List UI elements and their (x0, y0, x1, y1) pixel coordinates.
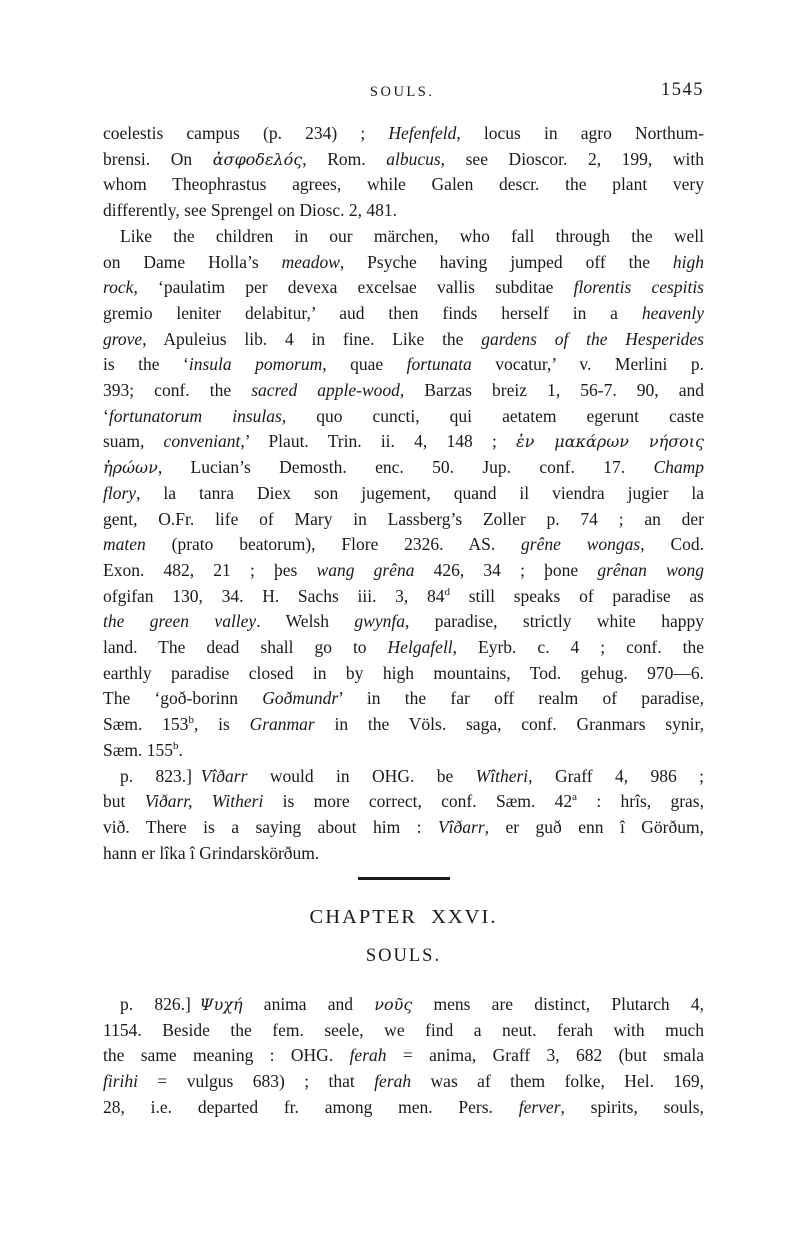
text-line: p. 826.] Ψυχή anima and νοῦς mens are di… (103, 992, 704, 1018)
page-number: 1545 (661, 80, 704, 101)
text-line: 28, i.e. departed fr. among men. Pers. f… (103, 1095, 704, 1121)
text-line: 1154. Beside the fem. seele, we find a n… (103, 1018, 704, 1044)
book-page: SOULS. 1545 coelestis campus (p. 234) ; … (0, 0, 800, 1237)
text-segment: , quo cuncti, qui aetatem egerunt caste (282, 406, 704, 426)
text-segment: , Barzas breiz 1, 56-7. 90, and (400, 380, 704, 400)
text-segment: ofgifan 130, 34. H. Sachs iii. 3, 84 (103, 586, 445, 606)
text-segment: , er guð enn î Görðum, (485, 817, 704, 837)
text-line: the green valley. Welsh gwynfa, paradise… (103, 609, 704, 635)
text-segment: high (673, 252, 704, 272)
text-segment: Granmar (250, 714, 315, 734)
text-segment: (prato beatorum), Flore 2326. AS. (146, 534, 521, 554)
text-segment: hann er lîka î Grindarskörðum. (103, 843, 319, 863)
text-segment: suam, (103, 431, 164, 451)
paragraph: p. 823.] Vîðarr would in OHG. be Wîtheri… (103, 764, 704, 867)
text-segment: , locus in agro Northum- (456, 123, 704, 143)
text-segment: brensi. On (103, 149, 213, 169)
text-segment: The ‘goð-borinn (103, 688, 262, 708)
text-segment: is more correct, conf. Sæm. 42 (263, 791, 572, 811)
text-segment: Exon. 482, 21 ; þes (103, 560, 317, 580)
text-line: 393; conf. the sacred apple-wood, Barzas… (103, 378, 704, 404)
text-segment: = vulgus 683) ; that (138, 1071, 374, 1091)
text-line: the same meaning : OHG. ferah = anima, G… (103, 1043, 704, 1069)
text-segment: flory (103, 483, 136, 503)
text-line: grove, Apuleius lib. 4 in fine. Like the… (103, 327, 704, 353)
text-segment: Helgafell (388, 637, 453, 657)
text-segment: ἐν μακάρων νήσοις (516, 432, 704, 451)
text-segment: Wîtheri (476, 766, 529, 786)
text-line: gremio leniter delabitur,’ aud then find… (103, 301, 704, 327)
text-line: coelestis campus (p. 234) ; Hefenfeld, l… (103, 121, 704, 147)
text-segment: the same meaning : OHG. (103, 1045, 350, 1065)
text-segment: 393; conf. the (103, 380, 251, 400)
text-line: ‘fortunatorum insulas, quo cuncti, qui a… (103, 404, 704, 430)
paragraph: coelestis campus (p. 234) ; Hefenfeld, l… (103, 121, 704, 224)
text-segment: . (179, 740, 183, 760)
text-line: firihi = vulgus 683) ; that ferah was af… (103, 1069, 704, 1095)
text-segment: in the Völs. saga, conf. Granmars synir, (315, 714, 704, 734)
text-segment: , spirits, souls, (561, 1097, 704, 1117)
text-segment: Sæm. 153 (103, 714, 188, 734)
text-line: but Viðarr, Witheri is more correct, con… (103, 789, 704, 815)
text-segment: land. The dead shall go to (103, 637, 388, 657)
text-segment: still speaks of paradise as (450, 586, 704, 606)
text-segment: 1154. Beside the fem. seele, we find a n… (103, 1020, 704, 1040)
text-segment: meadow (282, 252, 340, 272)
text-segment: 426, 34 ; þone (414, 560, 597, 580)
paragraph: Like the children in our märchen, who fa… (103, 224, 704, 764)
text-segment: 28, i.e. departed fr. among men. Pers. (103, 1097, 519, 1117)
text-segment: on Dame Holla’s (103, 252, 282, 272)
text-line: Exon. 482, 21 ; þes wang grêna 426, 34 ;… (103, 558, 704, 584)
text-line: is the ‘insula pomorum, quae fortunata v… (103, 352, 704, 378)
text-segment: Hefenfeld (388, 123, 456, 143)
text-segment: Like the children in our märchen, who fa… (120, 226, 704, 246)
text-line: Sæm. 153b, is Granmar in the Völs. saga,… (103, 712, 704, 738)
text-line: Sæm. 155b. (103, 738, 704, 764)
text-segment: the green valley (103, 611, 256, 631)
text-segment: coelestis campus (p. 234) ; (103, 123, 388, 143)
chapter-heading: CHAPTER XXVI. (103, 905, 704, 929)
text-segment: insula pomorum (189, 354, 322, 374)
text-segment: p. 826.] (120, 994, 200, 1014)
text-segment: , Lucian’s Demosth. enc. 50. Jup. conf. … (158, 457, 654, 477)
text-segment: , la tanra Diex son jugement, quand il v… (136, 483, 704, 503)
text-segment: ,’ Plaut. Trin. ii. 4, 148 ; (240, 431, 516, 451)
text-line: brensi. On ἀσφοδελός, Rom. albucus, see … (103, 147, 704, 173)
text-line: rock, ‘paulatim per devexa excelsae vall… (103, 275, 704, 301)
text-line: earthly paradise closed in by high mount… (103, 661, 704, 687)
text-segment: grênan wong (597, 560, 704, 580)
text-segment: Viðarr, Witheri (145, 791, 264, 811)
text-segment: mens are distinct, Plutarch 4, (412, 994, 704, 1014)
text-segment: gent, O.Fr. life of Mary in Lassberg’s Z… (103, 509, 704, 529)
text-segment: albucus (386, 149, 440, 169)
text-segment: Sæm. 155 (103, 740, 173, 760)
text-segment: would in OHG. be (247, 766, 475, 786)
text-segment: rock (103, 277, 133, 297)
text-segment: ferah (350, 1045, 387, 1065)
text-segment: ’ in the far off realm of paradise, (338, 688, 704, 708)
text-segment: : hrîs, gras, (577, 791, 704, 811)
text-segment: grêne wongas (521, 534, 640, 554)
text-segment: , Cod. (640, 534, 704, 554)
text-segment: fortunatorum insulas (109, 406, 282, 426)
text-segment: but (103, 791, 145, 811)
running-title: SOULS. (370, 84, 435, 101)
text-segment: , paradise, strictly white happy (405, 611, 704, 631)
text-line: suam, conveniant,’ Plaut. Trin. ii. 4, 1… (103, 429, 704, 455)
text-segment: firihi (103, 1071, 138, 1091)
text-line: land. The dead shall go to Helgafell, Ey… (103, 635, 704, 661)
section-divider (358, 877, 450, 880)
text-line: maten (prato beatorum), Flore 2326. AS. … (103, 532, 704, 558)
text-segment: , Graff 4, 986 ; (528, 766, 704, 786)
text-segment: , ‘paulatim per devexa excelsae vallis s… (133, 277, 573, 297)
text-segment: Champ (653, 457, 704, 477)
text-segment: νοῦς (374, 995, 412, 1014)
text-segment: Vîðarr (438, 817, 485, 837)
text-segment: , Psyche having jumped off the (340, 252, 673, 272)
text-segment: , Apuleius lib. 4 in fine. Like the (142, 329, 481, 349)
text-segment: Vîðarr (201, 766, 248, 786)
text-segment: , quae (322, 354, 406, 374)
text-line: gent, O.Fr. life of Mary in Lassberg’s Z… (103, 507, 704, 533)
text-segment: vocatur,’ v. Merlini p. (472, 354, 704, 374)
text-segment: earthly paradise closed in by high mount… (103, 663, 704, 683)
text-segment: was af them folke, Hel. 169, (411, 1071, 704, 1091)
text-segment: wang grêna (317, 560, 415, 580)
text-segment: , is (194, 714, 250, 734)
text-segment: conveniant (164, 431, 241, 451)
text-line: The ‘goð-borinn Goðmundr’ in the far off… (103, 686, 704, 712)
text-segment: gremio leniter delabitur,’ aud then find… (103, 303, 642, 323)
text-segment: anima and (243, 994, 375, 1014)
text-segment: p. 823.] (120, 766, 201, 786)
paragraph: p. 826.] Ψυχή anima and νοῦς mens are di… (103, 992, 704, 1121)
text-segment: . Welsh (256, 611, 354, 631)
page-body: coelestis campus (p. 234) ; Hefenfeld, l… (103, 121, 704, 1120)
text-segment: florentis cespitis (574, 277, 704, 297)
text-line: flory, la tanra Diex son jugement, quand… (103, 481, 704, 507)
text-segment: ἡρώων (103, 458, 158, 477)
text-line: ofgifan 130, 34. H. Sachs iii. 3, 84d st… (103, 584, 704, 610)
chapter-subheading: SOULS. (103, 945, 704, 967)
text-segment: grove (103, 329, 142, 349)
text-line: við. There is a saying about him : Vîðar… (103, 815, 704, 841)
text-segment: , Eyrb. c. 4 ; conf. the (453, 637, 704, 657)
text-segment: ferver (519, 1097, 561, 1117)
text-segment: heavenly (642, 303, 704, 323)
text-line: ἡρώων, Lucian’s Demosth. enc. 50. Jup. c… (103, 455, 704, 481)
text-segment: = anima, Graff 3, 682 (but smala (387, 1045, 704, 1065)
text-line: whom Theophrastus agrees, while Galen de… (103, 172, 704, 198)
text-line: Like the children in our märchen, who fa… (103, 224, 704, 250)
text-segment: Goðmundr (262, 688, 338, 708)
text-segment: maten (103, 534, 146, 554)
text-segment: sacred apple-wood (251, 380, 400, 400)
text-segment: við. There is a saying about him : (103, 817, 438, 837)
text-segment: , Rom. (302, 149, 386, 169)
running-header: SOULS. 1545 (103, 80, 704, 104)
text-line: on Dame Holla’s meadow, Psyche having ju… (103, 250, 704, 276)
text-segment: is the ‘ (103, 354, 189, 374)
text-line: hann er lîka î Grindarskörðum. (103, 841, 704, 867)
text-segment: gwynfa (354, 611, 405, 631)
text-line: p. 823.] Vîðarr would in OHG. be Wîtheri… (103, 764, 704, 790)
text-segment: ferah (374, 1071, 411, 1091)
text-segment: Ψυχή (200, 995, 243, 1014)
text-segment: , see Dioscor. 2, 199, with (441, 149, 704, 169)
text-segment: gardens of the Hesperides (481, 329, 704, 349)
text-segment: ἀσφοδελός (213, 150, 303, 169)
text-segment: differently, see Sprengel on Diosc. 2, 4… (103, 200, 397, 220)
text-segment: fortunata (407, 354, 472, 374)
text-segment: whom Theophrastus agrees, while Galen de… (103, 174, 704, 194)
text-line: differently, see Sprengel on Diosc. 2, 4… (103, 198, 704, 224)
